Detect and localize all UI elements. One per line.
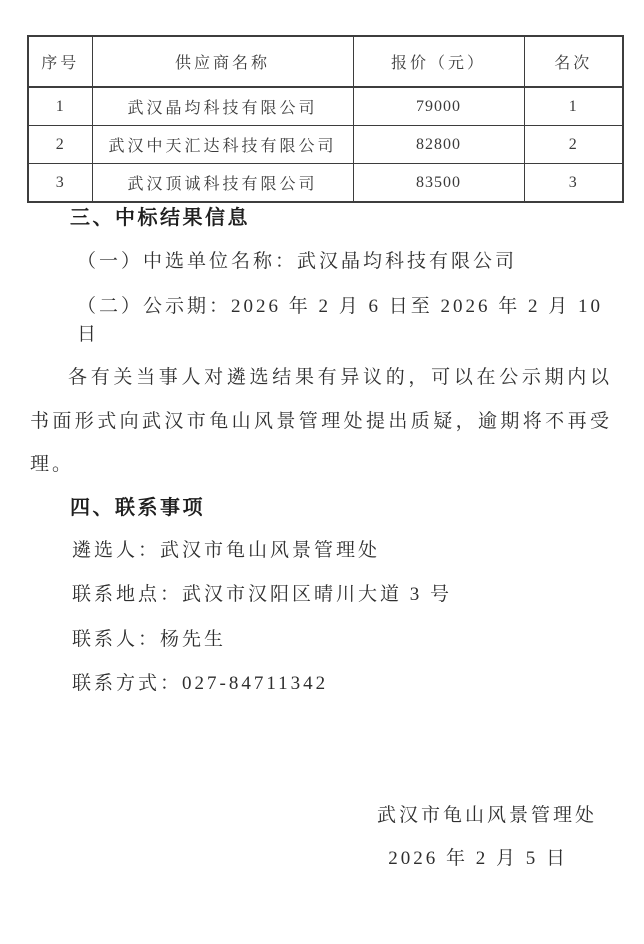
column-header-supplier: 供应商名称 xyxy=(92,36,353,87)
table-row: 1 武汉晶均科技有限公司 79000 1 xyxy=(28,87,623,126)
cell-no: 1 xyxy=(28,87,92,126)
section-result-heading: 三、中标结果信息 xyxy=(70,204,612,232)
signature-date: 2026 年 2 月 5 日 xyxy=(30,845,612,873)
contact-line-buyer: 遴选人：武汉市龟山风景管理处 xyxy=(30,537,612,565)
table-row: 2 武汉中天汇达科技有限公司 82800 2 xyxy=(28,126,623,164)
cell-price: 79000 xyxy=(353,87,524,126)
contact-line-address: 联系地点：武汉市汉阳区晴川大道 3 号 xyxy=(30,581,612,609)
objection-paragraph-line: 书面形式向武汉市龟山风景管理处提出质疑，逾期将不再受 xyxy=(30,408,612,436)
document-body: 三、中标结果信息 （一）中选单位名称：武汉晶均科技有限公司 （二）公示期：202… xyxy=(30,195,612,873)
signature-organization: 武汉市龟山风景管理处 xyxy=(30,802,612,830)
contact-line-person: 联系人：杨先生 xyxy=(30,626,612,654)
winner-line: （一）中选单位名称：武汉晶均科技有限公司 xyxy=(30,248,612,276)
cell-rank: 1 xyxy=(524,87,623,126)
cell-price: 82800 xyxy=(353,126,524,164)
table-header-row: 序号 供应商名称 报价（元） 名次 xyxy=(28,36,623,87)
objection-paragraph-line: 理。 xyxy=(30,451,612,479)
column-header-no: 序号 xyxy=(28,36,92,87)
document-page: 序号 供应商名称 报价（元） 名次 1 武汉晶均科技有限公司 79000 1 2… xyxy=(0,0,644,944)
cell-no: 2 xyxy=(28,126,92,164)
column-header-price: 报价（元） xyxy=(353,36,524,87)
cell-supplier: 武汉中天汇达科技有限公司 xyxy=(92,126,353,164)
section-contact-heading: 四、联系事项 xyxy=(70,494,612,522)
bid-results-table: 序号 供应商名称 报价（元） 名次 1 武汉晶均科技有限公司 79000 1 2… xyxy=(27,35,624,203)
objection-paragraph-line: 各有关当事人对遴选结果有异议的，可以在公示期内以 xyxy=(30,364,612,392)
column-header-rank: 名次 xyxy=(524,36,623,87)
cell-rank: 2 xyxy=(524,126,623,164)
contact-line-phone: 联系方式：027-84711342 xyxy=(30,670,612,698)
publicity-line: （二）公示期：2026 年 2 月 6 日至 2026 年 2 月 10 日 xyxy=(30,293,612,349)
cell-supplier: 武汉晶均科技有限公司 xyxy=(92,87,353,126)
